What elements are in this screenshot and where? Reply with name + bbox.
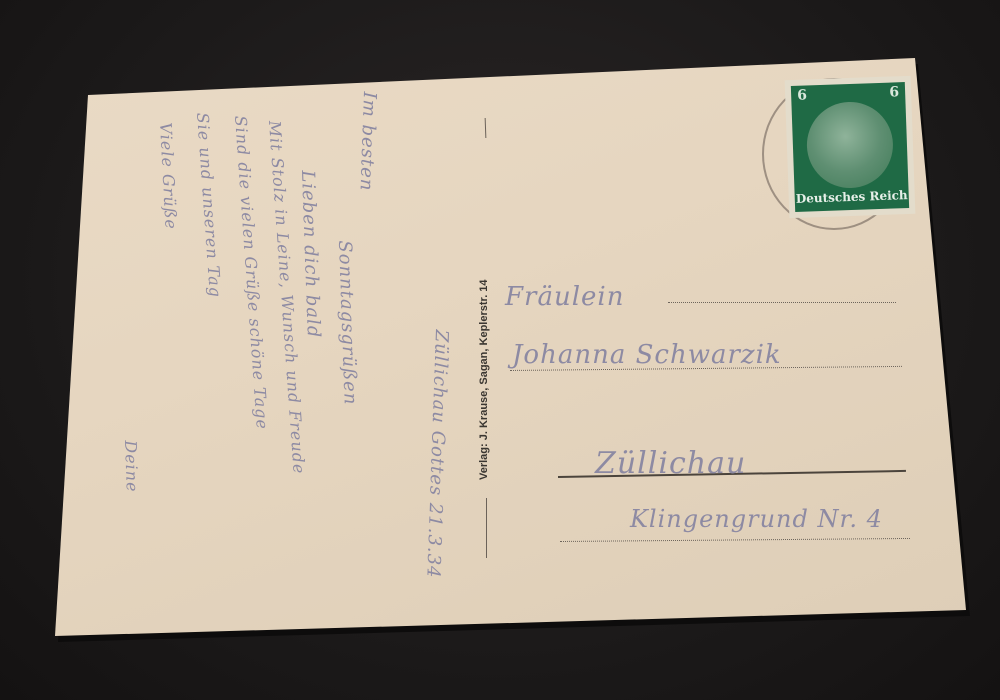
portrait-medallion-icon [805,101,894,190]
message-line-8: Deine [121,440,142,493]
address-street: Klingengrund Nr. 4 [630,505,883,533]
address-recipient-name: Johanna Schwarzik [512,340,782,370]
address-line-1 [668,302,896,303]
postage-stamp: 6 6 Deutsches Reich [785,76,916,218]
message-line-1: Im besten [356,91,380,191]
address-recipient-title: Fräulein [505,282,624,312]
stamp-country: Deutsches Reich [795,188,909,206]
publisher-imprint: Verlag: J. Krause, Sagan, Keplerstr. 14 [478,279,490,480]
stamp-value-right: 6 [889,84,899,100]
address-city: Züllichau [595,446,746,481]
stamp-face: 6 6 Deutsches Reich [791,82,909,212]
center-divider-bottom [486,498,487,558]
stamp-value-left: 6 [797,87,807,103]
